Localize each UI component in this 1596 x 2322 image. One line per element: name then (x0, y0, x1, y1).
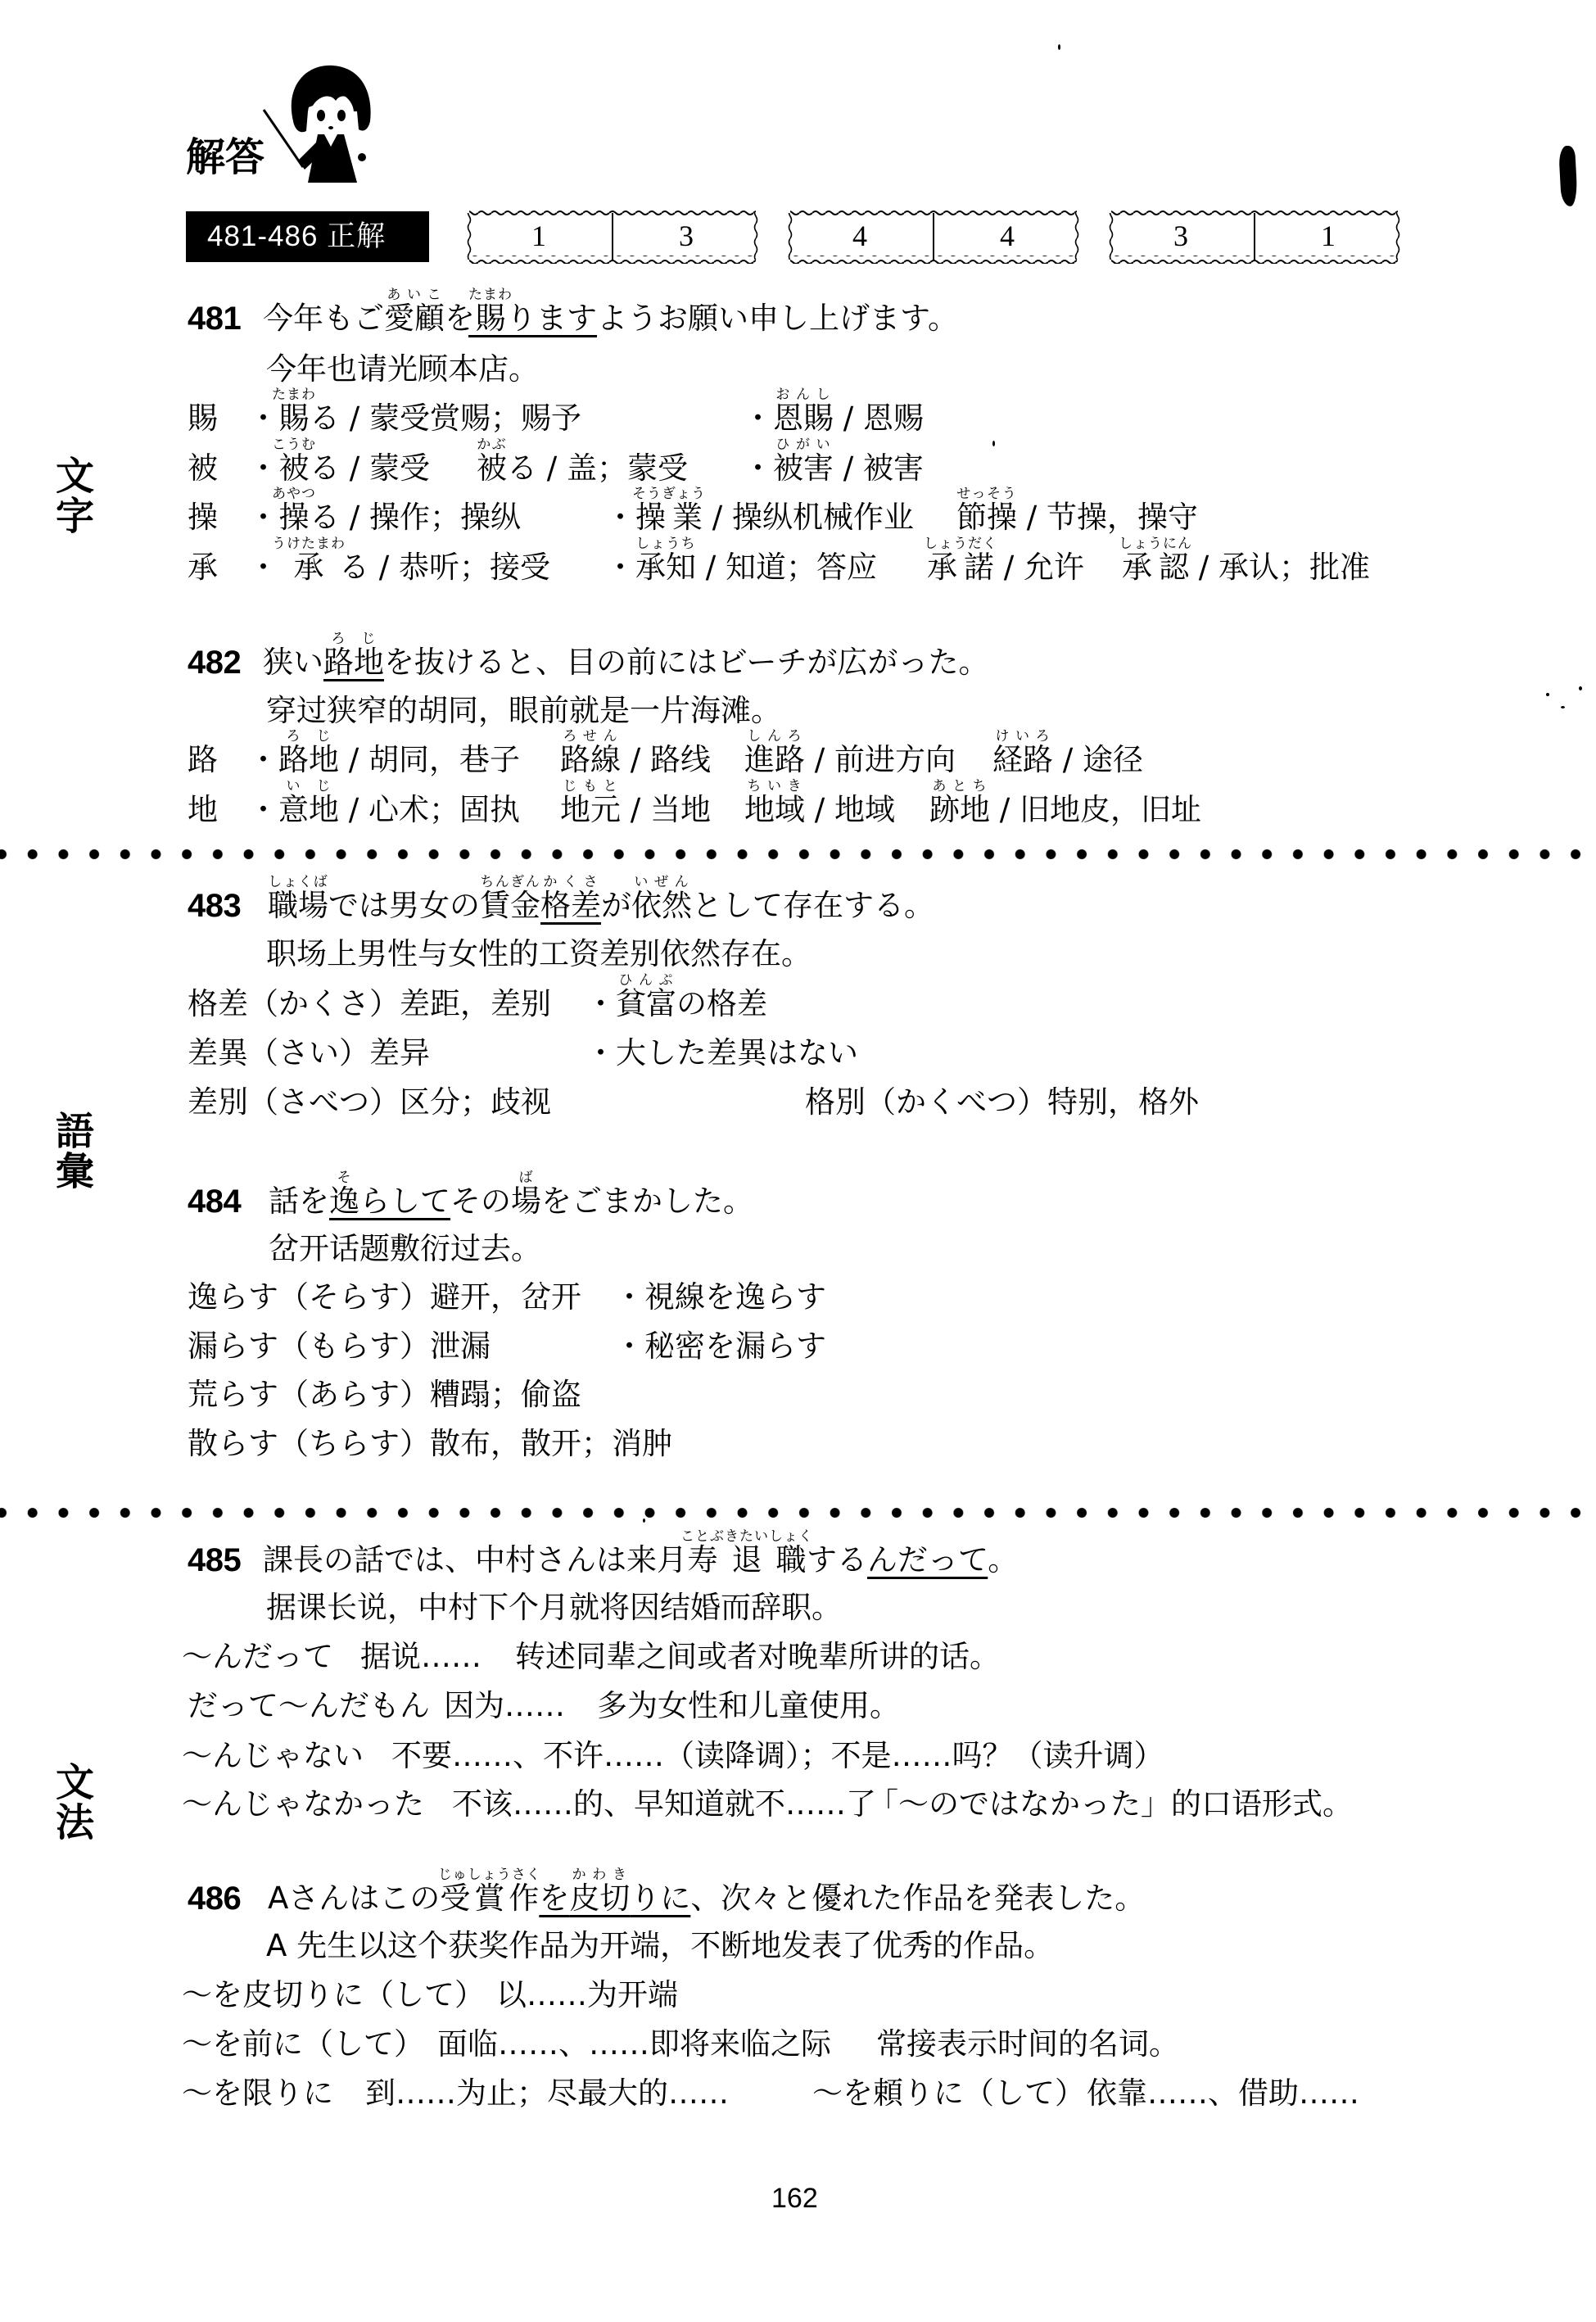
ruby-reading: あいこ (384, 287, 445, 303)
vocab-entry: 地域ちいき / 地域 (744, 769, 895, 851)
answer-range-badge: 481-486 正解 (186, 211, 429, 262)
dotted-section-divider (0, 1507, 1596, 1519)
ruby-base: 承諾 (924, 550, 997, 585)
ruby-base: 地元 (560, 792, 621, 827)
ruby-reading: あやつ (272, 486, 316, 502)
ruby-reading: しんろ (744, 728, 805, 745)
page-number: 162 (771, 2182, 818, 2215)
entry-meaning: / 当地 (621, 792, 711, 827)
question-number: 483 (188, 865, 241, 947)
row-label: 地 (188, 769, 218, 851)
sentence-text: 。 (988, 1542, 1018, 1577)
bullet: ・ (248, 792, 278, 827)
grammar-note: 「～のではなかった」的口语形式。 (868, 1763, 1353, 1845)
side-label-moji: 文字 (51, 455, 92, 536)
ruby-reading: じもと (560, 778, 621, 794)
question-number: 485 (188, 1519, 241, 1601)
grammar-meaning: 到……为止；尽最大的…… (365, 2053, 729, 2134)
vocab-entry: 承認しょうにん / 承认；批准 (1119, 527, 1370, 609)
ruby-reading: ちいき (744, 778, 805, 794)
ruby-reading: けいろ (992, 728, 1053, 745)
entry-meaning: / 旧地皮，旧址 (990, 792, 1201, 827)
ruby-reading: いじ (278, 778, 339, 794)
dotted-section-divider (0, 849, 1596, 860)
vocab-example: ・秘密を漏らす (614, 1306, 826, 1387)
row-label: 承 (188, 527, 218, 609)
entry-meaning: / 地域 (805, 792, 895, 827)
bullet: ・ (605, 550, 635, 585)
question-number: 486 (188, 1858, 241, 1940)
answer-484: 4 (934, 209, 1081, 264)
ruby-word: 跡地あとち (929, 792, 990, 827)
answer-485: 3 (1107, 209, 1255, 264)
grammar-pattern: ～を限りに (182, 2053, 333, 2134)
vocab-entry: 地元じもと / 当地 (560, 769, 711, 851)
ruby-reading: いぜん (631, 874, 692, 890)
ruby-reading: ろせん (560, 728, 621, 745)
ruby-word: 地元じもと (560, 792, 621, 827)
entry-meaning: / 承认；批准 (1189, 550, 1370, 585)
sentence-text: ようお願い申し上げます。 (597, 301, 958, 336)
vocab-entry: ・意地いじ / 心术；固执 (248, 769, 520, 851)
scan-artifact (992, 441, 995, 446)
ruby-reading: そうぎょう (632, 486, 706, 502)
entry-meaning: / 允许 (994, 550, 1084, 585)
ruby-base: 承知 (635, 550, 696, 585)
ruby-reading: おんし (773, 387, 834, 403)
ruby-reading: せっそう (956, 486, 1017, 502)
ruby-word: 承知しょうち (635, 550, 696, 585)
ruby-reading: じゅしょうさく (438, 1867, 541, 1883)
ruby-word: 承認しょうにん (1119, 550, 1189, 585)
vocab-term: 差別（さべつ）区分；歧视 (188, 1061, 551, 1143)
sentence-text: をごまかした。 (541, 1184, 753, 1219)
ruby-reading: しょくば (268, 874, 328, 890)
ruby-base: 意地 (278, 792, 339, 827)
vocab-term: 散らす（ちらす）散布，散开；消肿 (188, 1403, 672, 1485)
question-number: 482 (188, 622, 241, 704)
answer-481: 1 (465, 209, 613, 264)
bullet: ・ (586, 1035, 616, 1070)
ruby-reading: ちんぎん (480, 874, 540, 890)
grammar-pattern: ～を頼りに（して） (812, 2053, 1085, 2134)
scan-artifact (1058, 44, 1060, 50)
ruby-reading: ば (511, 1170, 541, 1186)
answer-box-485-486: 3 1 (1107, 209, 1402, 264)
entry-meaning: / 心术；固执 (339, 792, 520, 827)
entry-meaning: る / 恭听；接受 (339, 550, 550, 585)
grammar-meaning: 依靠……、借助…… (1087, 2053, 1359, 2134)
ruby-reading: かわき (569, 1867, 630, 1883)
entry-meaning: / 知道；答应 (696, 550, 877, 585)
ruby-reading: ろじ (323, 631, 384, 647)
ruby-reading: ろじ (278, 728, 339, 745)
ruby-reading: そ (329, 1170, 359, 1186)
ruby-base: 承 (272, 550, 346, 585)
ruby-reading: ひがい (773, 437, 834, 453)
ruby-reading: かぶ (477, 437, 507, 453)
answer-box-481-482: 1 3 (465, 209, 760, 264)
ruby-base: 承認 (1119, 550, 1192, 585)
answer-483: 4 (786, 209, 934, 264)
grammar-pattern: ～んじゃなかった (182, 1763, 424, 1845)
ruby-reading: うけたまわ (272, 536, 346, 552)
ruby-reading: しょうだく (924, 536, 997, 552)
textbook-page: 解答 481-486 正解 1 3 4 (0, 0, 1596, 2322)
vocab-entry: 承諾しょうだく / 允许 (924, 527, 1084, 609)
ruby-word: 地域ちいき (744, 792, 805, 827)
scan-artifact (1561, 706, 1565, 708)
ruby-reading: かくさ (540, 874, 601, 890)
scan-artifact (1579, 686, 1582, 690)
ruby-word: 承うけたまわ (278, 550, 339, 585)
scan-artifact (1546, 693, 1549, 696)
side-label-bunpo: 文法 (51, 1762, 92, 1842)
answer-486: 1 (1255, 209, 1402, 264)
answer-heading: 解答 (186, 136, 264, 180)
underlined-target: んだって (867, 1542, 988, 1577)
answer-482: 3 (613, 209, 760, 264)
grammar-meaning: 不该……的、早知道就不……了 (452, 1763, 876, 1845)
ruby-reading: こうむ (272, 437, 316, 453)
ruby-reading: あとち (929, 778, 990, 794)
ruby-reading: ことぶきたいしょく (680, 1528, 813, 1545)
vocab-entry: ・承知しょうち / 知道；答应 (605, 527, 877, 609)
ruby-reading: しょうち (635, 536, 696, 552)
side-label-goi: 語彙 (51, 1111, 92, 1191)
ruby-reading: しょうにん (1119, 536, 1192, 552)
ruby-reading: たまわ (272, 387, 316, 403)
ruby-base: 跡地 (929, 792, 990, 827)
question-number: 484 (188, 1161, 241, 1242)
related-term: 格別（かくべつ）特别，格外 (805, 1061, 1199, 1143)
vocab-entry: 跡地あとち / 旧地皮，旧址 (929, 769, 1201, 851)
teacher-mascot-icon (260, 62, 375, 185)
ruby-word: 意地いじ (278, 792, 339, 827)
ruby-base: 地域 (744, 792, 805, 827)
scan-artifact (1558, 146, 1578, 207)
vocab-entry: ・承うけたまわる / 恭听；接受 (248, 527, 550, 609)
ruby-word: 承諾しょうだく (924, 550, 994, 585)
question-number: 481 (188, 278, 241, 360)
ruby-reading: ひんぷ (616, 972, 676, 989)
ruby-reading: たまわ (468, 287, 513, 303)
answer-box-483-484: 4 4 (786, 209, 1081, 264)
